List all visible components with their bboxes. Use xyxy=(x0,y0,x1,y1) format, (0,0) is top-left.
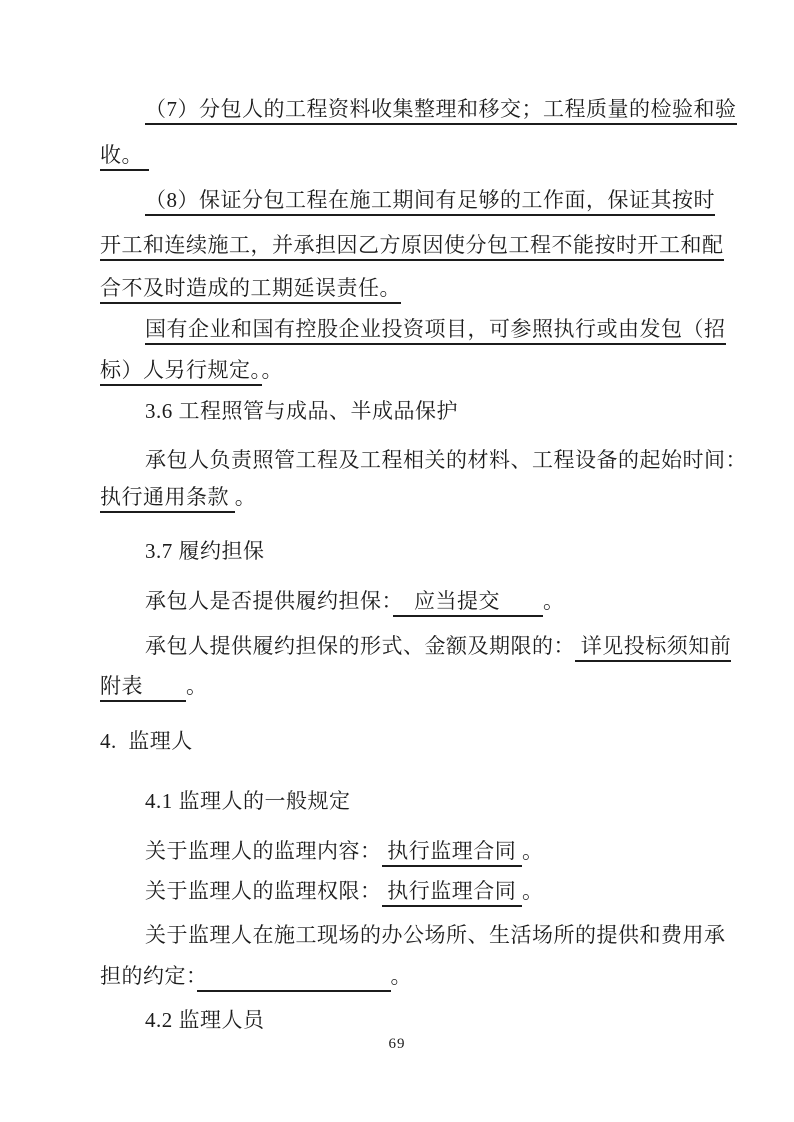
text-line: 执行通用条款 。 xyxy=(100,484,256,510)
document-page: （7）分包人的工程资料收集整理和移交；工程质量的检验和验 收。 （8）保证分包工… xyxy=(0,0,794,1122)
text-segment: 担的约定： xyxy=(100,964,197,988)
text-line: 承包人是否提供履约担保： 应当提交 。 xyxy=(145,588,565,614)
text-segment: 。 xyxy=(543,589,565,613)
filled-blank: 附表 xyxy=(100,674,186,702)
text-segment: 3.7 履约担保 xyxy=(145,539,265,563)
text-segment: 4. 监理人 xyxy=(100,729,193,753)
text-segment: 。 xyxy=(186,674,208,698)
text-segment: 承包人是否提供履约担保： xyxy=(145,589,393,613)
text-line: 承包人提供履约担保的形式、金额及期限的： 详见投标须知前 xyxy=(145,633,731,659)
text-line: 关于监理人的监理内容： 执行监理合同 。 xyxy=(145,838,544,864)
filled-blank: 详见投标须知前 xyxy=(575,634,731,662)
underlined-text: 合不及时造成的工期延误责任。 xyxy=(100,276,401,304)
text-segment: 关于监理人的监理内容： xyxy=(145,839,382,863)
text-segment: 3.6 工程照管与成品、半成品保护 xyxy=(145,399,458,423)
underlined-text: （8）保证分包工程在施工期间有足够的工作面，保证其按时 xyxy=(145,188,715,216)
text-line: 关于监理人的监理权限： 执行监理合同 。 xyxy=(145,878,544,904)
text-line: 附表 。 xyxy=(100,673,208,699)
underlined-text: 收。 xyxy=(100,143,149,171)
empty-blank xyxy=(197,964,391,992)
section-heading-4-1: 4.1 监理人的一般规定 xyxy=(145,788,351,814)
underlined-text: 国有企业和国有控股企业投资项目，可参照执行或由发包（招 xyxy=(145,317,726,345)
text-segment: 。 xyxy=(391,964,413,988)
section-heading-4-2: 4.2 监理人员 xyxy=(145,1007,265,1033)
text-line: （8）保证分包工程在施工期间有足够的工作面，保证其按时 xyxy=(145,187,715,213)
underlined-text: 开工和连续施工，并承担因乙方原因使分包工程不能按时开工和配 xyxy=(100,233,724,261)
text-line: 担的约定： 。 xyxy=(100,963,412,989)
text-segment: 4.2 监理人员 xyxy=(145,1008,265,1032)
underlined-text: 标）人另行规定。 xyxy=(100,358,262,386)
text-line: 标）人另行规定。。 xyxy=(100,357,283,383)
text-segment: 承包人负责照管工程及工程相关的材料、工程设备的起始时间： xyxy=(145,448,747,472)
text-segment: 关于监理人的监理权限： xyxy=(145,879,382,903)
text-line: 国有企业和国有控股企业投资项目，可参照执行或由发包（招 xyxy=(145,316,726,342)
text-line: 关于监理人在施工现场的办公场所、生活场所的提供和费用承 xyxy=(145,922,726,948)
text-segment: 。 xyxy=(262,358,284,382)
filled-blank: 执行通用条款 xyxy=(100,485,235,513)
text-segment: 。 xyxy=(235,485,257,509)
filled-blank: 应当提交 xyxy=(393,589,544,617)
section-heading-4: 4. 监理人 xyxy=(100,728,193,754)
section-heading-3-6: 3.6 工程照管与成品、半成品保护 xyxy=(145,398,458,424)
text-segment: 承包人提供履约担保的形式、金额及期限的： xyxy=(145,634,575,658)
underlined-text: （7）分包人的工程资料收集整理和移交；工程质量的检验和验 xyxy=(145,97,737,125)
text-segment: 关于监理人在施工现场的办公场所、生活场所的提供和费用承 xyxy=(145,923,726,947)
text-line: 合不及时造成的工期延误责任。 xyxy=(100,275,401,301)
text-line: 承包人负责照管工程及工程相关的材料、工程设备的起始时间： xyxy=(145,447,747,473)
text-line: 收。 xyxy=(100,142,149,168)
section-heading-3-7: 3.7 履约担保 xyxy=(145,538,265,564)
text-segment: 4.1 监理人的一般规定 xyxy=(145,789,351,813)
text-line: 开工和连续施工，并承担因乙方原因使分包工程不能按时开工和配 xyxy=(100,232,724,258)
filled-blank: 执行监理合同 xyxy=(382,879,523,907)
text-line: （7）分包人的工程资料收集整理和移交；工程质量的检验和验 xyxy=(145,96,737,122)
text-segment: 。 xyxy=(522,839,544,863)
text-segment: 。 xyxy=(522,879,544,903)
page-number: 69 xyxy=(0,1036,794,1053)
filled-blank: 执行监理合同 xyxy=(382,839,523,867)
